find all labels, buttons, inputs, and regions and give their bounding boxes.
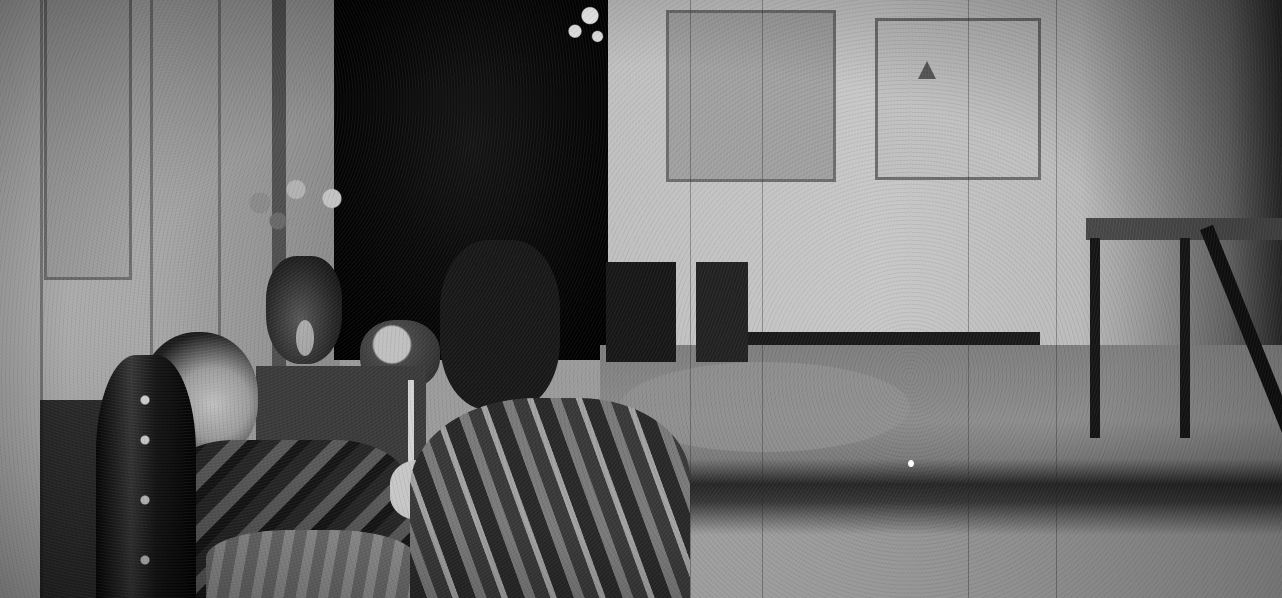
picture-motif	[918, 61, 936, 79]
vase-highlight	[296, 320, 314, 356]
film-scratch	[690, 0, 691, 598]
pillow	[206, 530, 416, 598]
flowers	[236, 176, 356, 266]
framed-picture-left	[44, 0, 132, 280]
plaid-blanket	[410, 398, 690, 598]
framed-picture-center	[666, 10, 836, 182]
film-scratch	[1056, 0, 1057, 598]
stool	[606, 262, 676, 362]
film-scratch	[762, 0, 763, 598]
framed-picture-right	[875, 18, 1041, 180]
film-scratch	[968, 0, 969, 598]
table-leg	[1090, 238, 1100, 438]
film-dust-speck	[908, 460, 914, 467]
background-figure-shadow	[440, 240, 560, 410]
chandelier	[560, 0, 610, 52]
bedpost-highlights	[130, 380, 160, 580]
candle	[408, 380, 414, 470]
stool	[696, 262, 748, 362]
film-still-scene	[0, 0, 1282, 598]
side-table	[1086, 218, 1282, 240]
table-leg	[1180, 238, 1190, 438]
